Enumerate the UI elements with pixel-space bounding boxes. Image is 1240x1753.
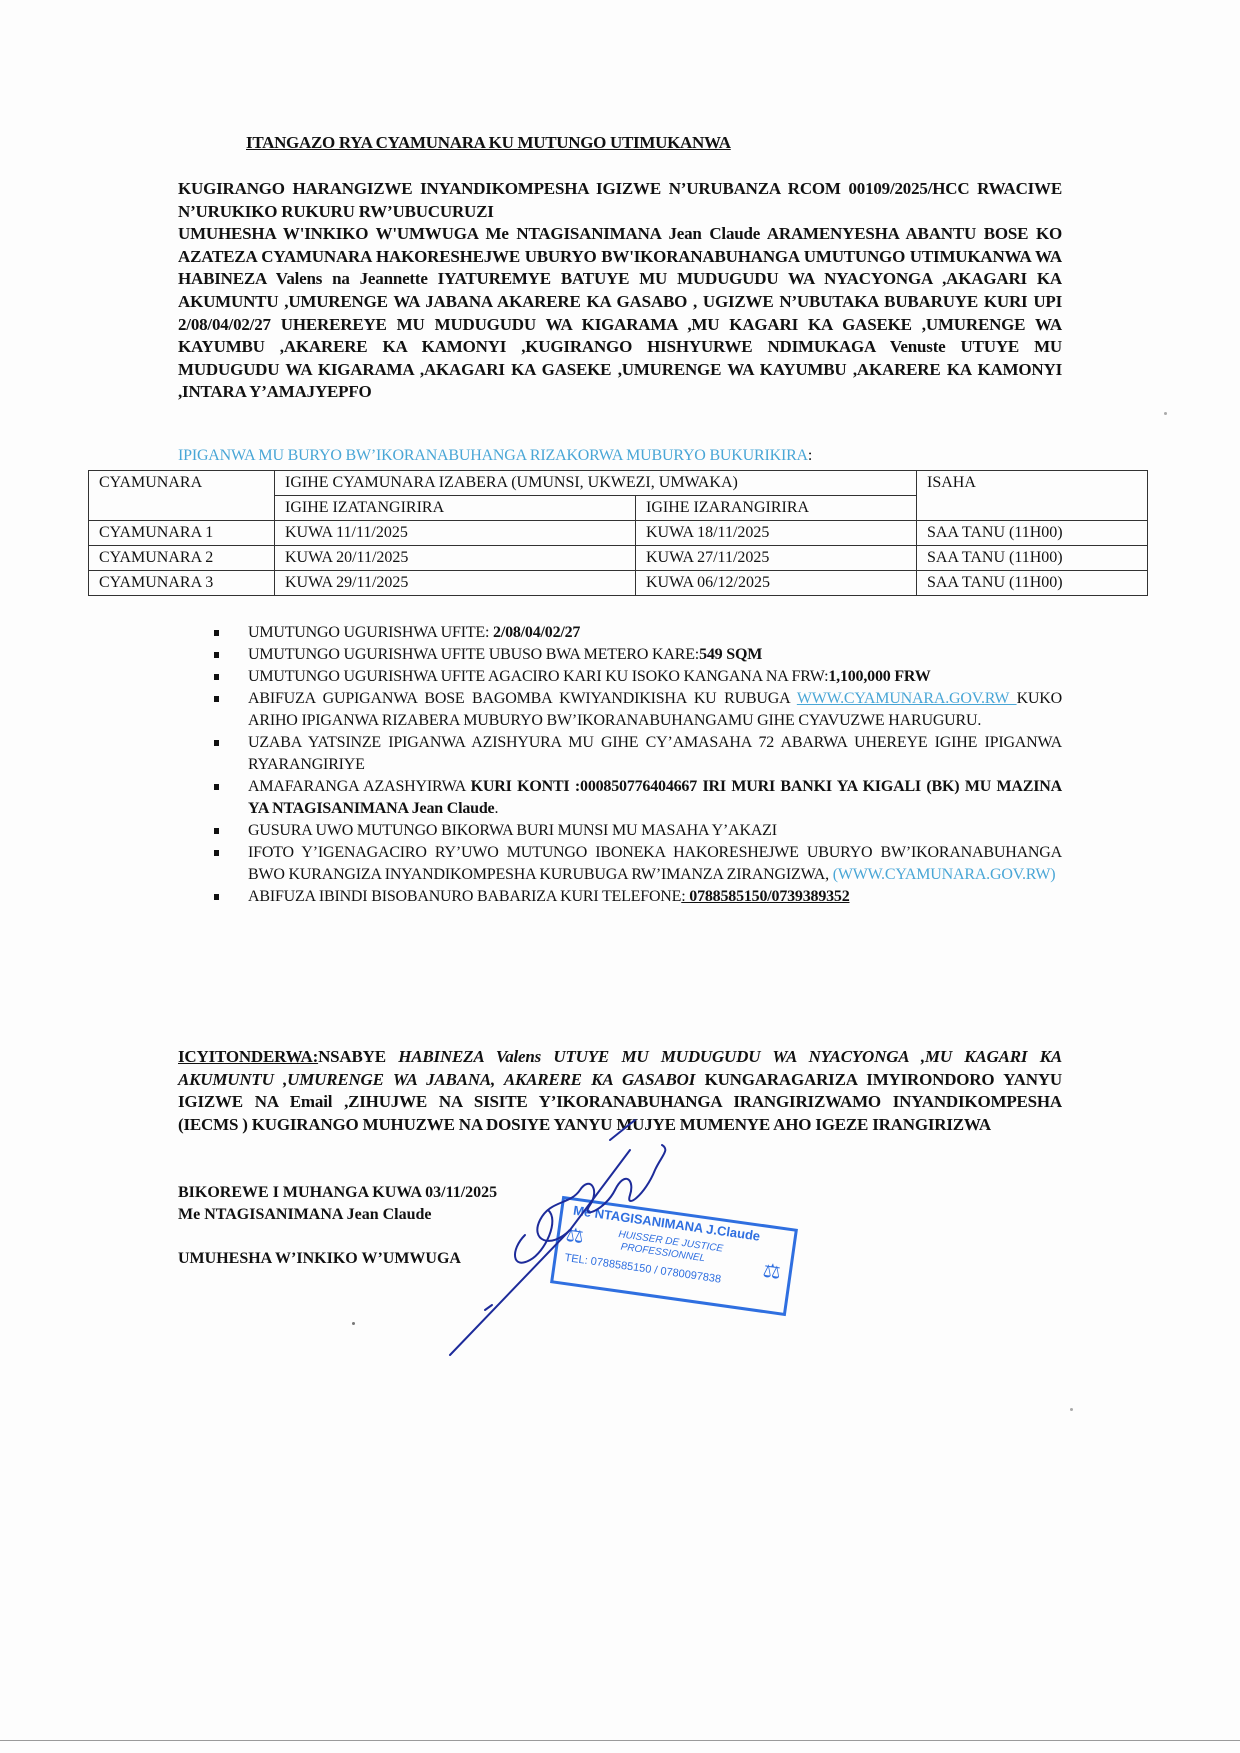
list-item: ABIFUZA IBINDI BISOBANURO BABARIZA KURI … — [214, 886, 1062, 908]
header-end: IGIHE IZARANGIRIRA — [636, 496, 917, 521]
item-upi: 2/08/04/02/27 — [493, 624, 580, 641]
auction-schedule-table: CYAMUNARA IGIHE CYAMUNARA IZABERA (UMUNS… — [88, 470, 1148, 596]
header-period: IGIHE CYAMUNARA IZABERA (UMUNSI, UKWEZI,… — [275, 471, 917, 496]
cell-start: KUWA 11/11/2025 — [275, 521, 636, 546]
cell-start: KUWA 20/11/2025 — [275, 546, 636, 571]
cell-time: SAA TANU (11H00) — [917, 571, 1148, 596]
header-start: IGIHE IZATANGIRIRA — [275, 496, 636, 521]
page-bottom-edge — [0, 1740, 1240, 1741]
list-item: GUSURA UWO MUTUNGO BIKORWA BURI MUNSI MU… — [214, 820, 1062, 842]
item-text: ABIFUZA IBINDI BISOBANURO BABARIZA KURI … — [248, 888, 681, 905]
item-text: GUSURA UWO MUTUNGO BIKORWA BURI MUNSI MU… — [248, 822, 777, 839]
item-text: . — [494, 800, 498, 817]
list-item: AMAFARANGA AZASHYIRWA KURI KONTI :000850… — [214, 776, 1062, 820]
scan-speck — [352, 1322, 355, 1325]
table-caption-text: IPIGANWA MU BURYO BW’IKORANABUHANGA RIZA… — [178, 447, 808, 464]
intro-announcement: UMUHESHA W'INKIKO W'UMWUGA Me NTAGISANIM… — [178, 223, 1062, 404]
list-item: UMUTUNGO UGURISHWA UFITE UBUSO BWA METER… — [214, 644, 1062, 666]
cell-start: KUWA 29/11/2025 — [275, 571, 636, 596]
intro-paragraph: KUGIRANGO HARANGIZWE INYANDIKOMPESHA IGI… — [178, 178, 1062, 404]
item-area: 549 SQM — [699, 646, 762, 663]
cyamunara-link[interactable]: (WWW.CYAMUNARA.GOV.RW) — [833, 866, 1056, 883]
scales-of-justice-icon: ⚖ — [761, 1258, 782, 1285]
item-value: 1,100,000 FRW — [828, 668, 930, 685]
table-row: CYAMUNARA 1 KUWA 11/11/2025 KUWA 18/11/2… — [89, 521, 1148, 546]
list-item: UZABA YATSINZE IPIGANWA AZISHYURA MU GIH… — [214, 732, 1062, 776]
cell-end: KUWA 18/11/2025 — [636, 521, 917, 546]
conditions-list: UMUTUNGO UGURISHWA UFITE: 2/08/04/02/27 … — [214, 622, 1062, 908]
table-row: CYAMUNARA 2 KUWA 20/11/2025 KUWA 27/11/2… — [89, 546, 1148, 571]
list-item: IFOTO Y’IGENAGACIRO RY’UWO MUTUNGO IBONE… — [214, 842, 1062, 886]
item-text: AMAFARANGA AZASHYIRWA — [248, 778, 471, 795]
intro-line-judgment: KUGIRANGO HARANGIZWE INYANDIKOMPESHA IGI… — [178, 178, 1062, 223]
scan-speck — [1070, 1408, 1073, 1411]
notice-text: NSABYE — [318, 1047, 398, 1066]
document-title: ITANGAZO RYA CYAMUNARA KU MUTUNGO UTIMUK… — [246, 133, 731, 153]
list-item: UMUTUNGO UGURISHWA UFITE AGACIRO KARI KU… — [214, 666, 1062, 688]
item-text: UMUTUNGO UGURISHWA UFITE UBUSO BWA METER… — [248, 646, 699, 663]
cell-end: KUWA 27/11/2025 — [636, 546, 917, 571]
list-item: ABIFUZA GUPIGANWA BOSE BAGOMBA KWIYANDIK… — [214, 688, 1062, 732]
item-text: UMUTUNGO UGURISHWA UFITE AGACIRO KARI KU… — [248, 668, 828, 685]
cell-auction: CYAMUNARA 3 — [89, 571, 275, 596]
item-phone: 0788585150/0739389352 — [685, 888, 849, 905]
cell-auction: CYAMUNARA 2 — [89, 546, 275, 571]
cell-end: KUWA 06/12/2025 — [636, 571, 917, 596]
item-text: UMUTUNGO UGURISHWA UFITE: — [248, 624, 493, 641]
list-item: UMUTUNGO UGURISHWA UFITE: 2/08/04/02/27 — [214, 622, 1062, 644]
item-text: ABIFUZA GUPIGANWA BOSE BAGOMBA KWIYANDIK… — [248, 690, 797, 707]
cell-time: SAA TANU (11H00) — [917, 521, 1148, 546]
item-text: UZABA YATSINZE IPIGANWA AZISHYURA MU GIH… — [248, 734, 1062, 773]
table-caption: IPIGANWA MU BURYO BW’IKORANABUHANGA RIZA… — [178, 447, 812, 465]
table-row: CYAMUNARA 3 KUWA 29/11/2025 KUWA 06/12/2… — [89, 571, 1148, 596]
cell-auction: CYAMUNARA 1 — [89, 521, 275, 546]
header-auction: CYAMUNARA — [89, 471, 275, 521]
notice-label: ICYITONDERWA: — [178, 1047, 318, 1066]
table-caption-colon: : — [808, 447, 812, 464]
table-header-row: CYAMUNARA IGIHE CYAMUNARA IZABERA (UMUNS… — [89, 471, 1148, 496]
header-time: ISAHA — [917, 471, 1148, 521]
cell-time: SAA TANU (11H00) — [917, 546, 1148, 571]
scan-speck — [1164, 412, 1167, 415]
handwritten-signature — [430, 1110, 750, 1370]
cyamunara-link[interactable]: WWW.CYAMUNARA.GOV.RW — [797, 690, 1017, 707]
